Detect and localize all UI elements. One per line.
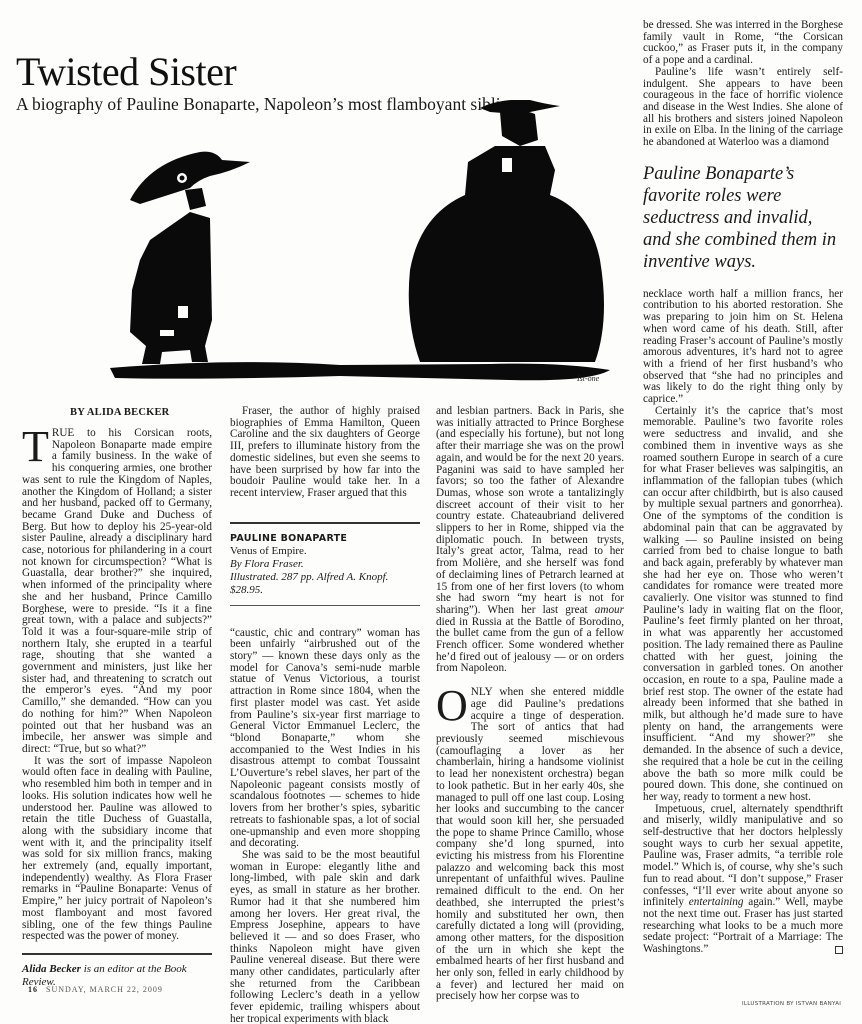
silhouette-illustration: [90, 100, 620, 400]
divider: [230, 522, 420, 524]
page-footer: 16SUNDAY, MARCH 22, 2009: [28, 985, 163, 994]
pauline-figure: [409, 100, 604, 380]
illustrator-signature: Ist-one: [577, 374, 599, 383]
byline: BY ALIDA BECKER: [70, 407, 169, 418]
column-2: Fraser, the author of highly praised bio…: [230, 406, 420, 1024]
paragraph: Certainly it’s the caprice that’s most m…: [643, 406, 843, 804]
paragraph-text: when she entered middle age did Pauline’…: [436, 686, 624, 1002]
book-author: By Flora Fraser.: [230, 558, 420, 571]
paragraph: Pauline’s life wasn’t entirely self-indu…: [643, 67, 843, 149]
paragraph: be dressed. She was interred in the Borg…: [643, 20, 843, 67]
paragraph: She was said to be the most beautiful wo…: [230, 850, 420, 1024]
paragraph-text: Impetuous, cruel, alternately spendthrif…: [643, 803, 843, 909]
paragraph: necklace worth half a million francs, he…: [643, 289, 843, 406]
paragraph-text: and lesbian partners. Back in Paris, she…: [436, 405, 624, 616]
book-title: PAULINE BONAPARTE: [230, 532, 420, 545]
drop-cap: O: [436, 688, 468, 724]
contributor-name: Alida Becker: [22, 963, 81, 975]
article-title: Twisted Sister: [16, 48, 236, 95]
page-number: 16: [28, 985, 38, 994]
illustration-credit: ILLUSTRATION BY ISTVAN BANYAI: [742, 1001, 841, 1007]
column-4: be dressed. She was interred in the Borg…: [643, 20, 843, 956]
section-lead-paragraph: ONLY when she entered middle age did Pau…: [436, 687, 624, 1003]
lead-word: NLY: [471, 686, 492, 698]
lead-word: RUE: [52, 427, 74, 439]
paragraph: “caustic, chic and contrary” woman has b…: [230, 628, 420, 850]
book-details: Illustrated. 287 pp. Alfred A. Knopf. $2…: [230, 571, 420, 597]
italic-word: entertaining: [689, 896, 744, 908]
divider: [22, 953, 212, 955]
paragraph: and lesbian partners. Back in Paris, she…: [436, 406, 624, 675]
dateline: SUNDAY, MARCH 22, 2009: [46, 985, 163, 994]
book-info-box: PAULINE BONAPARTE Venus of Empire. By Fl…: [230, 532, 420, 597]
drop-cap: T: [22, 429, 49, 465]
lead-paragraph: TRUE to his Corsican roots, Napoleon Bon…: [22, 428, 212, 756]
end-mark-icon: [835, 946, 843, 954]
divider: [230, 605, 420, 606]
paragraph: It was the sort of impasse Napoleon woul…: [22, 756, 212, 943]
paragraph: Impetuous, cruel, alternately spendthrif…: [643, 804, 843, 956]
book-subtitle: Venus of Empire.: [230, 545, 420, 558]
paragraph: Fraser, the author of highly praised bio…: [230, 406, 420, 500]
column-1: TRUE to his Corsican roots, Napoleon Bon…: [22, 428, 212, 989]
napoleon-figure: [130, 152, 250, 364]
paragraph-text: died in Russia at the Battle of Borodino…: [436, 616, 624, 675]
paragraph-text: to his Corsican roots, Napoleon Bonapart…: [22, 427, 212, 755]
pull-quote: Pauline Bonaparte’s favorite roles were …: [643, 163, 843, 273]
column-3: and lesbian partners. Back in Paris, she…: [436, 406, 624, 1003]
italic-word: amour: [595, 604, 624, 616]
